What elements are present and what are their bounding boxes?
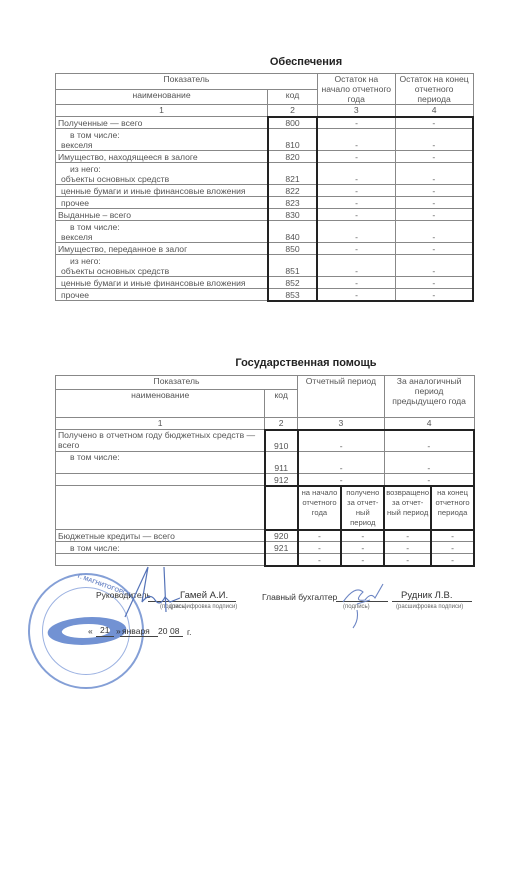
table-row: Выданные – всего830-- <box>56 209 474 221</box>
row-code: 840 <box>268 221 318 243</box>
row-value-start: - <box>317 221 395 243</box>
header-num1: 1 <box>56 105 268 117</box>
row-label-text: прочее <box>61 290 89 300</box>
accountant-name-line <box>392 601 472 602</box>
row-label: в том числе: <box>56 542 265 554</box>
row-code: 821 <box>268 163 318 185</box>
row-sublabel: векселя <box>58 140 265 150</box>
credit-subheader-row: на начало отчетного годаполучено за отче… <box>56 486 475 530</box>
table-row: ценные бумаги и иные финансовые вложения… <box>56 185 474 197</box>
date-quote-close: » <box>116 626 121 636</box>
row-value-current: - <box>298 430 385 452</box>
row-value-end: - <box>395 185 473 197</box>
row-value-start: - <box>317 185 395 197</box>
row-value-end: - <box>395 289 473 301</box>
row-code: 850 <box>268 243 318 255</box>
row-value: - <box>431 554 474 566</box>
header-num3: 3 <box>317 105 395 117</box>
row-sublabel: векселя <box>58 232 265 242</box>
row-sublabel-prefix: в том числе: <box>58 130 265 140</box>
row-label: в том числе: <box>56 452 265 474</box>
row-value-current: - <box>298 474 385 486</box>
row-label: Выданные – всего <box>56 209 268 221</box>
header-num2: 2 <box>268 105 318 117</box>
header-indicator: Показатель <box>56 74 318 90</box>
table-row: прочее853-- <box>56 289 474 301</box>
table-row: Получено в отчетном году бюджетных средс… <box>56 430 475 452</box>
row-sublabel: объекты основных средств <box>58 266 265 276</box>
table-row: в том числе:911-- <box>56 452 475 474</box>
accountant-signature-scribble <box>335 580 395 630</box>
section-title-obespecheniya: Обеспечения <box>40 56 532 68</box>
row-code: 820 <box>268 151 318 163</box>
row-value-start: - <box>317 255 395 277</box>
row-label-text: Имущество, находящееся в залоге <box>58 152 198 162</box>
row-label: Имущество, находящееся в залоге <box>56 151 268 163</box>
row-value: - <box>341 530 384 542</box>
row-value-start: - <box>317 277 395 289</box>
header-name: наименование <box>56 390 265 418</box>
chief-accountant-label: Главный бухгалтер <box>262 592 337 602</box>
row-label: в том числе:векселя <box>56 129 268 151</box>
table-row: Имущество, переданное в залог850-- <box>56 243 474 255</box>
table-row: 912-- <box>56 474 475 486</box>
row-value: - <box>384 530 431 542</box>
row-code: 830 <box>268 209 318 221</box>
row-value-start: - <box>317 197 395 209</box>
table-row: прочее823-- <box>56 197 474 209</box>
header-col4: Остаток на конец отчетного периода <box>395 74 473 105</box>
head-signature-scribble <box>120 562 190 622</box>
row-value-start: - <box>317 209 395 221</box>
row-value: - <box>384 542 431 554</box>
header-num4: 4 <box>384 418 474 430</box>
row-code: 800 <box>268 117 318 129</box>
row-value-end: - <box>395 129 473 151</box>
chief-accountant-name: Рудник Л.В. <box>401 590 453 601</box>
table-row: ---- <box>56 554 475 566</box>
row-code: 823 <box>268 197 318 209</box>
row-value-end: - <box>395 243 473 255</box>
row-label: прочее <box>56 289 268 301</box>
row-sublabel-prefix: из него: <box>58 256 265 266</box>
header-code: код <box>268 89 318 105</box>
date-year: 08 <box>170 626 179 636</box>
header-code: код <box>265 390 298 418</box>
date-suffix: г. <box>187 627 191 637</box>
header-indicator: Показатель <box>56 376 298 390</box>
header-col3: Остаток на начало отчетного года <box>317 74 395 105</box>
row-code: 853 <box>268 289 318 301</box>
table-row: Полученные — всего800-- <box>56 117 474 129</box>
row-value: - <box>431 542 474 554</box>
table-row: Бюджетные кредиты — всего920---- <box>56 530 475 542</box>
row-label: ценные бумаги и иные финансовые вложения <box>56 277 268 289</box>
date-year-line <box>169 636 183 637</box>
row-label: Бюджетные кредиты — всего <box>56 530 265 542</box>
state-aid-table: Показатель Отчетный период За аналогичны… <box>55 375 475 567</box>
subheader-cell: на конец отчетного периода <box>431 486 474 530</box>
row-label: Полученные — всего <box>56 117 268 129</box>
date-year-prefix: 20 <box>158 626 167 636</box>
row-label-text: Имущество, переданное в залог <box>58 244 187 254</box>
row-label: прочее <box>56 197 268 209</box>
subheader-cell: возвращено за отчет-ный период <box>384 486 431 530</box>
row-sublabel: объекты основных средств <box>58 174 265 184</box>
header-col4: За аналогичный период предыдущего года <box>384 376 474 418</box>
table-row: в том числе:векселя840-- <box>56 221 474 243</box>
row-label: из него:объекты основных средств <box>56 163 268 185</box>
row-code: 911 <box>265 452 298 474</box>
row-code <box>265 554 298 566</box>
row-label: Получено в отчетном году бюджетных средс… <box>56 430 265 452</box>
row-label-text: ценные бумаги и иные финансовые вложения <box>61 186 246 196</box>
row-code: 910 <box>265 430 298 452</box>
table-row: ценные бумаги и иные финансовые вложения… <box>56 277 474 289</box>
row-code: 852 <box>268 277 318 289</box>
subheader-blank <box>56 486 265 530</box>
row-value-end: - <box>395 221 473 243</box>
row-value-start: - <box>317 243 395 255</box>
row-label: в том числе:векселя <box>56 221 268 243</box>
row-value: - <box>298 554 342 566</box>
row-label-text: прочее <box>61 198 89 208</box>
row-value-end: - <box>395 117 473 129</box>
row-value: - <box>298 530 342 542</box>
row-value-end: - <box>395 255 473 277</box>
row-code: 851 <box>268 255 318 277</box>
row-value-start: - <box>317 129 395 151</box>
date-day: 21 <box>100 625 109 635</box>
row-label <box>56 474 265 486</box>
date-day-line <box>96 636 114 637</box>
row-label: Имущество, переданное в залог <box>56 243 268 255</box>
row-code: 822 <box>268 185 318 197</box>
date-quote-open: « <box>88 626 93 636</box>
row-value-end: - <box>395 209 473 221</box>
row-label: из него:объекты основных средств <box>56 255 268 277</box>
row-value-end: - <box>395 277 473 289</box>
header-col3: Отчетный период <box>298 376 385 418</box>
row-code: 921 <box>265 542 298 554</box>
row-value-previous: - <box>384 430 474 452</box>
row-value-start: - <box>317 117 395 129</box>
row-value-end: - <box>395 197 473 209</box>
row-value-end: - <box>395 151 473 163</box>
row-value: - <box>431 530 474 542</box>
header-num2: 2 <box>265 418 298 430</box>
date-month: января <box>122 626 150 636</box>
row-value-start: - <box>317 163 395 185</box>
collateral-table: Показатель Остаток на начало отчетного г… <box>55 73 474 302</box>
table-row: в том числе:921---- <box>56 542 475 554</box>
table-row: из него:объекты основных средств851-- <box>56 255 474 277</box>
row-value: - <box>341 554 384 566</box>
accountant-decode-caption: (расшифровка подписи) <box>396 604 463 610</box>
row-value-current: - <box>298 452 385 474</box>
subheader-code-blank <box>265 486 298 530</box>
row-label-text: ценные бумаги и иные финансовые вложения <box>61 278 246 288</box>
row-label-text: Выданные – всего <box>58 210 131 220</box>
row-code: 912 <box>265 474 298 486</box>
row-value-start: - <box>317 289 395 301</box>
row-value: - <box>384 554 431 566</box>
row-value-previous: - <box>384 474 474 486</box>
table-row: Имущество, находящееся в залоге820-- <box>56 151 474 163</box>
row-value: - <box>298 542 342 554</box>
table-row: в том числе:векселя810-- <box>56 129 474 151</box>
row-value-end: - <box>395 163 473 185</box>
header-num1: 1 <box>56 418 265 430</box>
row-code: 920 <box>265 530 298 542</box>
section-title-state-aid: Государственная помощь <box>40 357 532 369</box>
subheader-cell: на начало отчетного года <box>298 486 342 530</box>
row-label-text: Полученные — всего <box>58 118 142 128</box>
row-value-start: - <box>317 151 395 163</box>
row-sublabel-prefix: в том числе: <box>58 222 265 232</box>
header-num4: 4 <box>395 105 473 117</box>
row-value: - <box>341 542 384 554</box>
row-sublabel-prefix: из него: <box>58 164 265 174</box>
subheader-cell: получено за отчет-ный период <box>341 486 384 530</box>
row-value-previous: - <box>384 452 474 474</box>
date-month-line <box>120 636 158 637</box>
row-label: ценные бумаги и иные финансовые вложения <box>56 185 268 197</box>
table-row: из него:объекты основных средств821-- <box>56 163 474 185</box>
row-code: 810 <box>268 129 318 151</box>
header-num3: 3 <box>298 418 385 430</box>
header-name: наименование <box>56 89 268 105</box>
